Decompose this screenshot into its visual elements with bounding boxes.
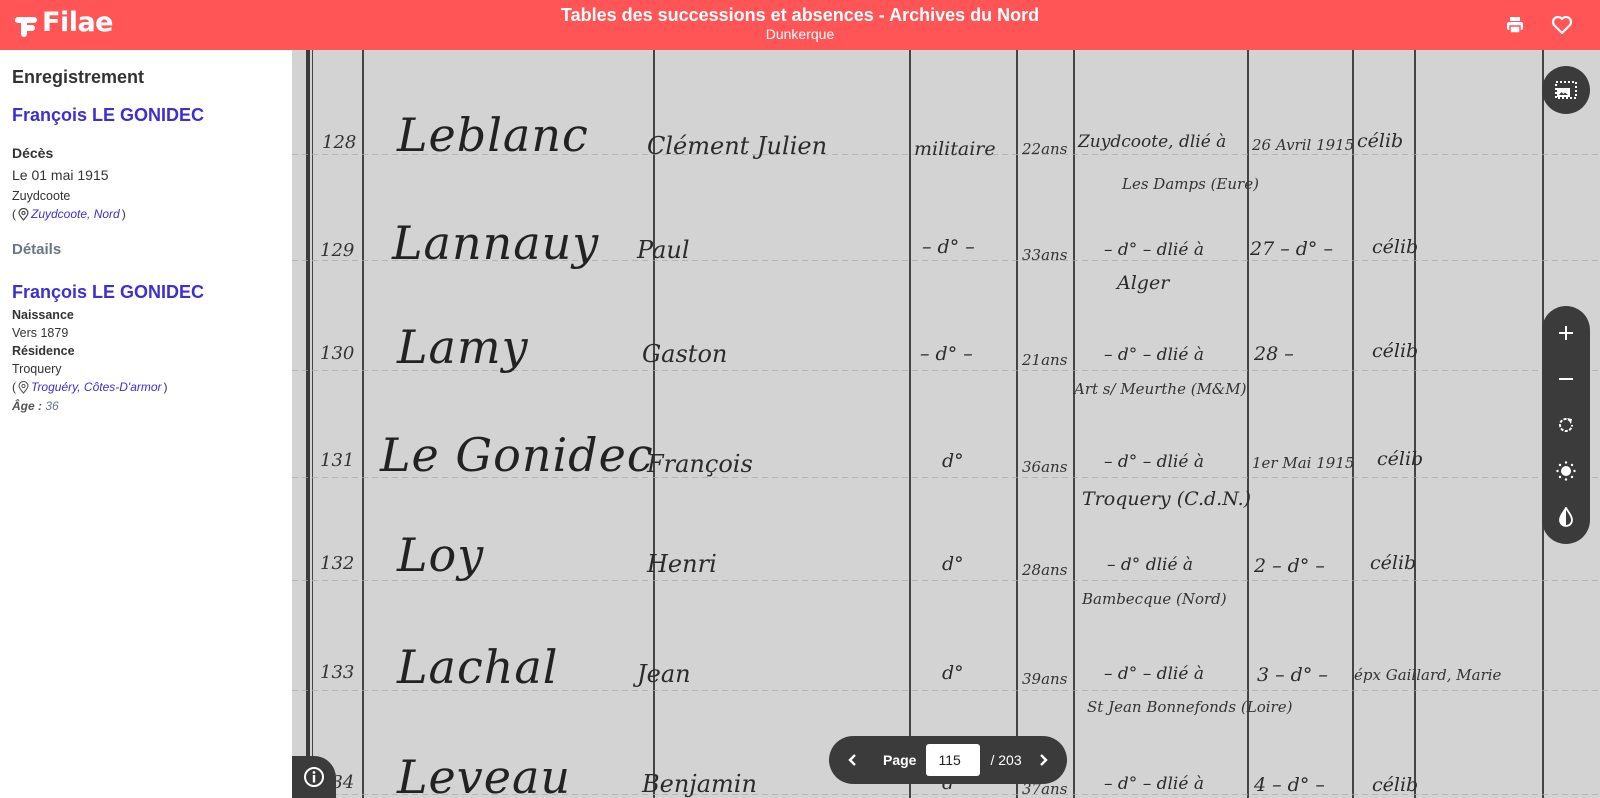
entry-place: – d° – dlié à — [1104, 345, 1204, 365]
residence-link[interactable]: Troguéry, Côtes-D'armor — [31, 380, 162, 394]
entry-status: célib — [1357, 130, 1403, 152]
entry-place-detail: Alger — [1117, 272, 1169, 294]
entry-surname: Leveau — [397, 750, 571, 798]
entry-profession: d° — [942, 662, 964, 684]
record-person-name[interactable]: François LE GONIDEC — [12, 105, 204, 126]
image-select-icon — [1555, 81, 1577, 99]
entry-status: célib — [1377, 448, 1423, 470]
heart-icon — [1551, 15, 1573, 35]
entry-age: 22ans — [1022, 140, 1067, 158]
entry-date: 4 – d° – — [1254, 774, 1325, 796]
page-number-input[interactable] — [926, 744, 980, 776]
paren: ( — [12, 207, 16, 221]
entry-age: 28ans — [1022, 561, 1067, 579]
page-label: Page — [883, 752, 916, 768]
thumbnail-toggle-button[interactable] — [1542, 66, 1590, 114]
sun-icon — [1556, 461, 1576, 481]
zoom-out-button[interactable] — [1546, 359, 1586, 399]
column-line — [1352, 50, 1354, 798]
birth-value: Vers 1879 — [12, 326, 68, 340]
entry-surname: Lachal — [397, 640, 559, 694]
entry-date: 28 – — [1254, 343, 1294, 365]
birth-label: Naissance — [12, 308, 74, 322]
contrast-icon — [1558, 507, 1574, 527]
entry-number: 132 — [320, 553, 354, 574]
entry-status: célib — [1372, 340, 1418, 362]
residence-label: Résidence — [12, 344, 75, 358]
entry-given-name: Gaston — [642, 340, 727, 368]
print-button[interactable] — [1502, 12, 1528, 38]
minus-icon — [1558, 371, 1574, 387]
entry-status: célib — [1370, 552, 1416, 574]
event-place-link-row: ( Zuydcoote, Nord ) — [12, 207, 126, 221]
column-line — [1247, 50, 1249, 798]
top-bar: Filae Tables des successions et absences… — [0, 0, 1600, 50]
entry-surname: Lannauy — [392, 216, 599, 270]
age-row: Âge : 36 — [12, 399, 59, 413]
entry-given-name: Henri — [647, 550, 717, 578]
entry-place: – d° – dlié à — [1104, 664, 1204, 684]
entry-profession: d° — [942, 450, 964, 472]
entry-status: célib — [1372, 774, 1418, 796]
map-pin-icon — [18, 208, 29, 221]
entry-status: épx Gaillard, Marie — [1354, 666, 1501, 684]
details-heading: Détails — [12, 241, 61, 258]
details-person-name[interactable]: François LE GONIDEC — [12, 282, 204, 303]
column-line — [306, 50, 310, 798]
contrast-button[interactable] — [1546, 497, 1586, 537]
column-line — [909, 50, 911, 798]
favorite-button[interactable] — [1549, 12, 1575, 38]
entry-given-name: François — [647, 450, 753, 478]
residence-link-row: ( Troguéry, Côtes-D'armor ) — [12, 380, 168, 394]
entry-place-detail: Art s/ Meurthe (M&M) — [1074, 380, 1247, 398]
entry-date: 26 Avril 1915 — [1252, 136, 1354, 154]
page-total: / 203 — [990, 752, 1023, 768]
rotate-icon — [1557, 416, 1575, 434]
entry-number: 131 — [320, 450, 354, 471]
entry-number: 130 — [320, 343, 354, 364]
event-date: Le 01 mai 1915 — [12, 167, 109, 183]
entry-given-name: Paul — [637, 236, 690, 264]
title-block: Tables des successions et absences - Arc… — [0, 4, 1600, 43]
entry-date: 3 – d° – — [1257, 664, 1328, 686]
entry-place: Zuydcoote, dlié à — [1078, 132, 1226, 152]
entry-number: 133 — [320, 662, 354, 683]
page-title: Tables des successions et absences - Arc… — [0, 4, 1600, 26]
entry-age: 39ans — [1022, 670, 1067, 688]
entry-surname: Lamy — [397, 320, 529, 374]
age-value: 36 — [45, 399, 58, 413]
ruled-line — [292, 580, 1600, 581]
map-pin-icon — [18, 381, 29, 394]
chevron-left-icon — [848, 753, 858, 767]
paren: ) — [164, 380, 168, 394]
entry-profession: d° — [942, 553, 964, 575]
entry-place-detail: St Jean Bonnefonds (Loire) — [1087, 698, 1292, 716]
entry-place: – d° – dlié à — [1104, 452, 1204, 472]
print-icon — [1505, 15, 1525, 35]
entry-place: – d° – dlié à — [1104, 774, 1204, 794]
entry-number: 128 — [322, 132, 356, 153]
paren: ( — [12, 380, 16, 394]
entry-date: 27 – d° – — [1250, 238, 1333, 260]
event-label: Décès — [12, 145, 53, 161]
entry-surname: Loy — [397, 528, 484, 582]
residence-value: Troquery — [12, 362, 62, 376]
paren: ) — [122, 207, 126, 221]
entry-date: 2 – d° – — [1254, 555, 1325, 577]
next-page-button[interactable] — [1023, 736, 1063, 784]
entry-age: 36ans — [1022, 458, 1067, 476]
entry-date: 1er Mai 1915 — [1252, 454, 1354, 472]
event-place: Zuydcoote — [12, 189, 70, 203]
chevron-right-icon — [1038, 753, 1048, 767]
plus-icon — [1558, 325, 1574, 341]
entry-surname: Le Gonidec — [380, 428, 654, 482]
entry-profession: – d° – — [920, 343, 973, 365]
page-subtitle: Dunkerque — [0, 26, 1600, 43]
column-line — [362, 50, 364, 798]
record-sidebar: Enregistrement François LE GONIDEC Décès… — [0, 50, 292, 798]
age-label: Âge : — [12, 399, 42, 413]
column-line — [1073, 50, 1075, 798]
info-button[interactable] — [292, 756, 336, 798]
entry-place-detail: Troquery (C.d.N.) — [1082, 488, 1251, 510]
page-navigator: Page / 203 — [829, 736, 1067, 784]
column-line — [1016, 50, 1018, 798]
entry-given-name: Jean — [637, 660, 691, 688]
entry-given-name: Clément Julien — [647, 132, 827, 160]
zoom-in-button[interactable] — [1546, 313, 1586, 353]
entry-place-detail: Les Damps (Eure) — [1122, 175, 1259, 193]
entry-profession: – d° – — [922, 236, 975, 258]
entry-place: – d° – dlié à — [1104, 240, 1204, 260]
entry-number: 129 — [320, 240, 354, 261]
sidebar-heading: Enregistrement — [12, 67, 144, 88]
entry-given-name: Benjamin — [642, 770, 757, 798]
entry-age: 21ans — [1022, 351, 1067, 369]
column-line — [1414, 50, 1416, 798]
rotate-button[interactable] — [1546, 405, 1586, 445]
brightness-button[interactable] — [1546, 451, 1586, 491]
entry-place-detail: Bambecque (Nord) — [1082, 590, 1227, 608]
previous-page-button[interactable] — [833, 736, 873, 784]
column-line — [312, 50, 313, 798]
entry-surname: Leblanc — [397, 108, 589, 162]
info-icon — [303, 766, 325, 788]
entry-place: – d° dlié à — [1107, 555, 1193, 575]
image-tools — [1542, 306, 1590, 544]
entry-status: célib — [1372, 236, 1418, 258]
entry-profession: militaire — [914, 138, 996, 160]
entry-age: 33ans — [1022, 246, 1067, 264]
document-viewer[interactable]: 128 Leblanc Clément Julien militaire 22a… — [292, 50, 1600, 798]
event-place-link[interactable]: Zuydcoote, Nord — [31, 207, 120, 221]
